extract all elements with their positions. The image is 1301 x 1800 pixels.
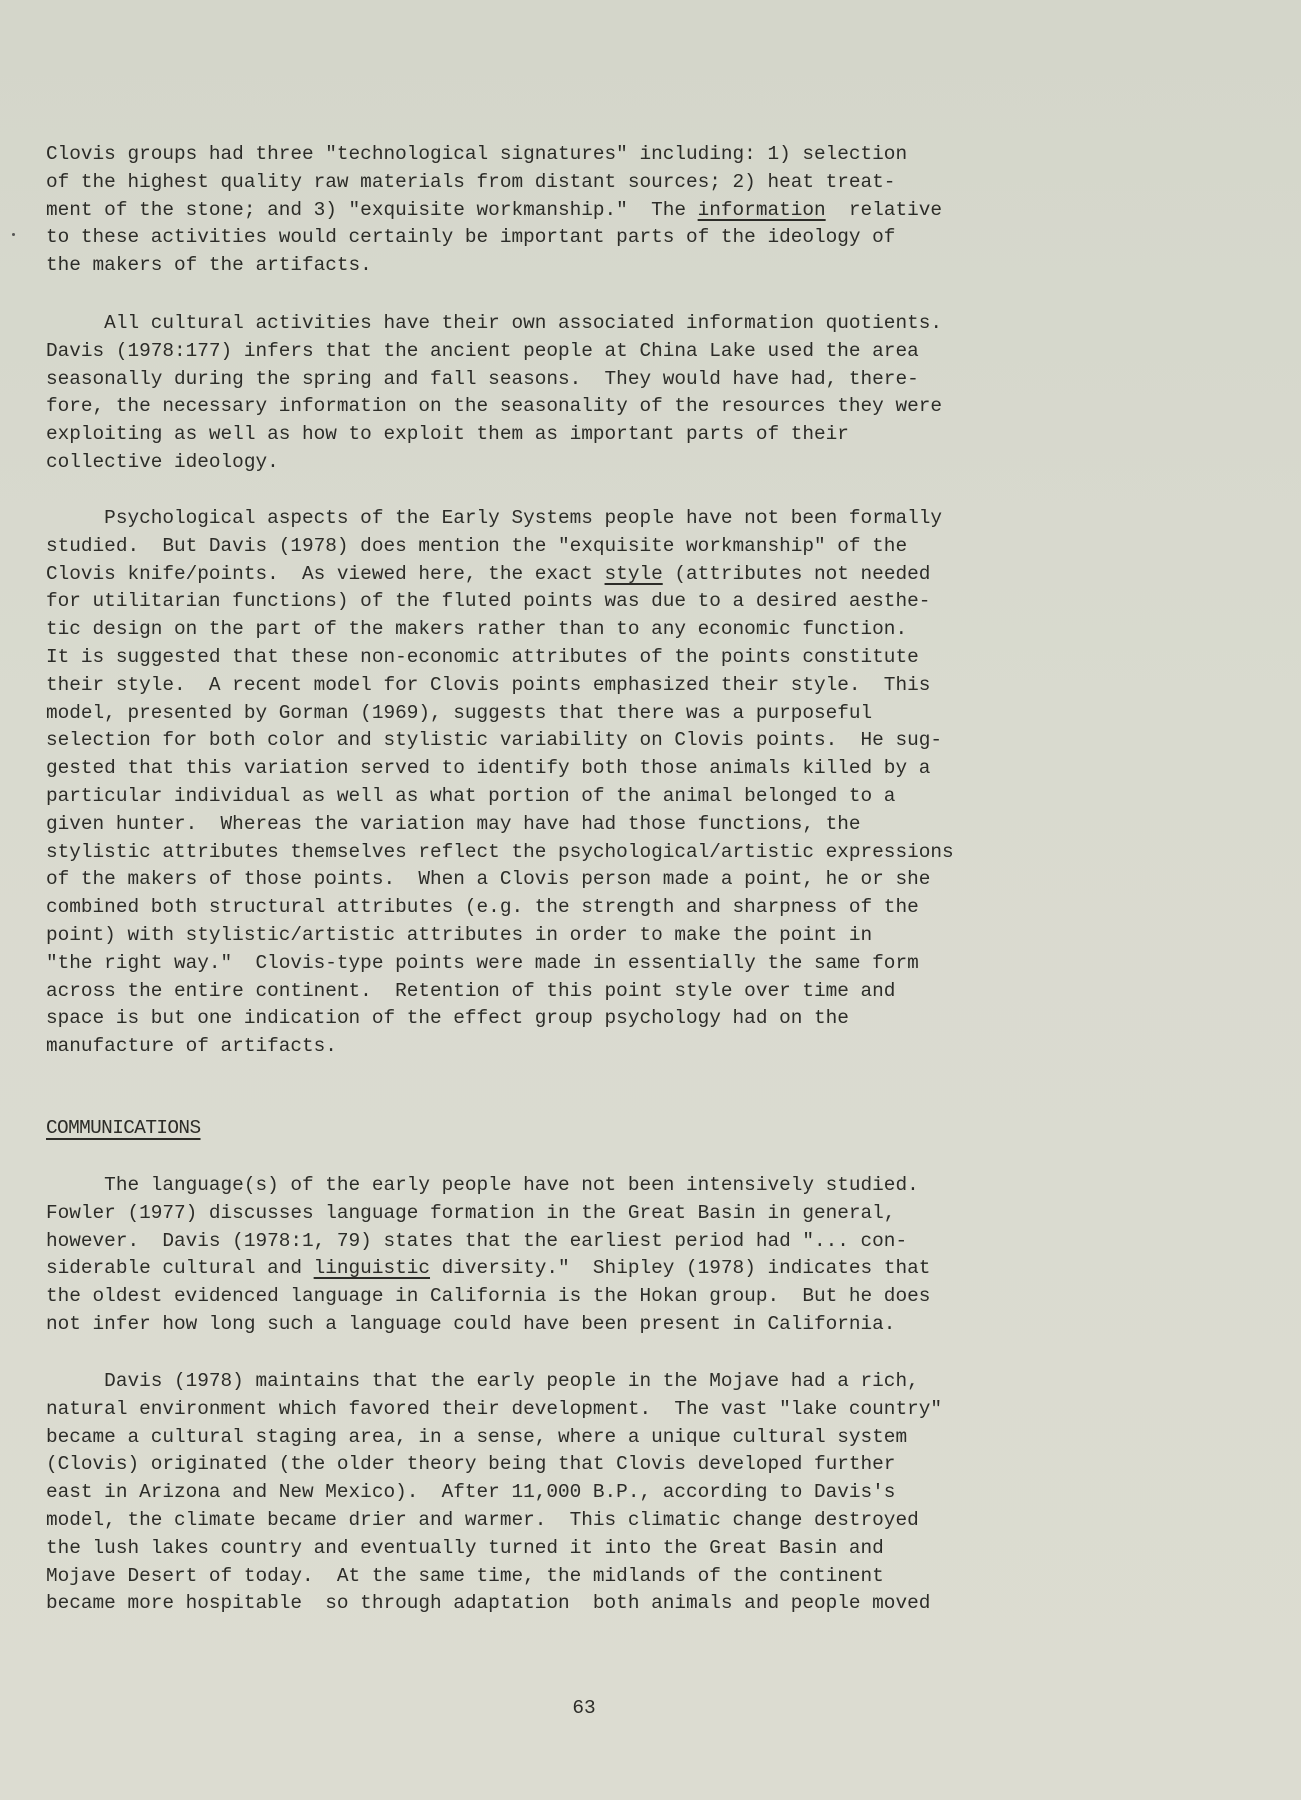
text-line: to these activities would certainly be i… bbox=[46, 224, 942, 252]
text-line: particular individual as well as what po… bbox=[46, 783, 954, 811]
text-line: the lush lakes country and eventually tu… bbox=[46, 1535, 942, 1563]
text-segment: of the highest quality raw materials fro… bbox=[46, 171, 895, 193]
text-segment: space is but one indication of the effec… bbox=[46, 1007, 849, 1029]
text-line: Fowler (1977) discusses language formati… bbox=[46, 1200, 930, 1228]
text-segment: stylistic attributes themselves reflect … bbox=[46, 841, 954, 863]
text-segment: east in Arizona and New Mexico). After 1… bbox=[46, 1481, 895, 1503]
text-line: collective ideology. bbox=[46, 449, 942, 477]
text-segment: given hunter. Whereas the variation may … bbox=[46, 813, 861, 835]
text-line: given hunter. Whereas the variation may … bbox=[46, 811, 954, 839]
text-segment: Davis (1978:177) infers that the ancient… bbox=[46, 340, 919, 362]
paragraph-language: The language(s) of the early people have… bbox=[46, 1172, 930, 1339]
text-line: of the makers of those points. When a Cl… bbox=[46, 866, 954, 894]
text-segment: studied. But Davis (1978) does mention t… bbox=[46, 535, 907, 557]
text-line: not infer how long such a language could… bbox=[46, 1311, 930, 1339]
text-segment: "the right way." Clovis-type points were… bbox=[46, 952, 919, 974]
text-line: space is but one indication of the effec… bbox=[46, 1005, 954, 1033]
text-line: east in Arizona and New Mexico). After 1… bbox=[46, 1479, 942, 1507]
paragraph-psychological-aspects: Psychological aspects of the Early Syste… bbox=[46, 505, 954, 1061]
text-line: Clovis knife/points. As viewed here, the… bbox=[46, 561, 954, 589]
paragraph-technological-signatures: Clovis groups had three "technological s… bbox=[46, 141, 942, 280]
text-line: for utilitarian functions) of the fluted… bbox=[46, 588, 954, 616]
text-segment: not infer how long such a language could… bbox=[46, 1313, 895, 1335]
text-line: model, presented by Gorman (1969), sugge… bbox=[46, 700, 954, 728]
text-segment: Clovis knife/points. As viewed here, the… bbox=[46, 563, 605, 585]
text-segment: particular individual as well as what po… bbox=[46, 785, 895, 807]
text-line: siderable cultural and linguistic divers… bbox=[46, 1255, 930, 1283]
text-line: exploiting as well as how to exploit the… bbox=[46, 421, 942, 449]
text-segment: The language(s) of the early people have… bbox=[46, 1174, 919, 1196]
text-line: The language(s) of the early people have… bbox=[46, 1172, 930, 1200]
text-segment: gested that this variation served to ide… bbox=[46, 757, 930, 779]
text-segment: point) with stylistic/artistic attribute… bbox=[46, 924, 872, 946]
text-segment: became more hospitable so through adapta… bbox=[46, 1592, 930, 1614]
text-segment: fore, the necessary information on the s… bbox=[46, 395, 942, 417]
text-line: Psychological aspects of the Early Syste… bbox=[46, 505, 954, 533]
margin-mark bbox=[12, 233, 15, 236]
text-line: the oldest evidenced language in Califor… bbox=[46, 1283, 930, 1311]
text-line: natural environment which favored their … bbox=[46, 1396, 942, 1424]
text-segment: tic design on the part of the makers rat… bbox=[46, 618, 907, 640]
text-segment: model, presented by Gorman (1969), sugge… bbox=[46, 702, 872, 724]
text-segment: collective ideology. bbox=[46, 451, 279, 473]
text-segment: All cultural activities have their own a… bbox=[46, 312, 942, 334]
document-page: Clovis groups had three "technological s… bbox=[0, 0, 1301, 1800]
text-line: point) with stylistic/artistic attribute… bbox=[46, 922, 954, 950]
text-segment: Clovis groups had three "technological s… bbox=[46, 143, 907, 165]
text-segment: model, the climate became drier and warm… bbox=[46, 1509, 919, 1531]
text-segment: diversity." Shipley (1978) indicates tha… bbox=[430, 1257, 930, 1279]
text-segment: Psychological aspects of the Early Syste… bbox=[46, 507, 942, 529]
text-segment: their style. A recent model for Clovis p… bbox=[46, 674, 930, 696]
text-line: studied. But Davis (1978) does mention t… bbox=[46, 533, 954, 561]
text-line: fore, the necessary information on the s… bbox=[46, 393, 942, 421]
paragraph-information-quotients: All cultural activities have their own a… bbox=[46, 310, 942, 477]
text-segment: exploiting as well as how to exploit the… bbox=[46, 423, 849, 445]
text-line: Davis (1978) maintains that the early pe… bbox=[46, 1368, 942, 1396]
text-segment: across the entire continent. Retention o… bbox=[46, 980, 895, 1002]
page-number: 63 bbox=[0, 1697, 1168, 1719]
text-line: became a cultural staging area, in a sen… bbox=[46, 1424, 942, 1452]
text-segment: selection for both color and stylistic v… bbox=[46, 729, 942, 751]
text-line: selection for both color and stylistic v… bbox=[46, 727, 954, 755]
text-segment: became a cultural staging area, in a sen… bbox=[46, 1426, 907, 1448]
text-segment: the lush lakes country and eventually tu… bbox=[46, 1537, 884, 1559]
text-segment: Mojave Desert of today. At the same time… bbox=[46, 1565, 884, 1587]
underlined-term: linguistic bbox=[314, 1257, 430, 1279]
text-line: manufacture of artifacts. bbox=[46, 1033, 954, 1061]
text-segment: Davis (1978) maintains that the early pe… bbox=[46, 1370, 919, 1392]
text-line: ment of the stone; and 3) "exquisite wor… bbox=[46, 197, 942, 225]
text-line: however. Davis (1978:1, 79) states that … bbox=[46, 1228, 930, 1256]
text-segment: siderable cultural and bbox=[46, 1257, 314, 1279]
text-line: All cultural activities have their own a… bbox=[46, 310, 942, 338]
text-line: of the highest quality raw materials fro… bbox=[46, 169, 942, 197]
text-segment: the makers of the artifacts. bbox=[46, 254, 372, 276]
text-segment: (Clovis) originated (the older theory be… bbox=[46, 1453, 895, 1475]
text-line: model, the climate became drier and warm… bbox=[46, 1507, 942, 1535]
text-segment: of the makers of those points. When a Cl… bbox=[46, 868, 930, 890]
text-segment: seasonally during the spring and fall se… bbox=[46, 368, 919, 390]
text-line: combined both structural attributes (e.g… bbox=[46, 894, 954, 922]
text-line: Mojave Desert of today. At the same time… bbox=[46, 1563, 942, 1591]
text-segment: Fowler (1977) discusses language formati… bbox=[46, 1202, 895, 1224]
text-segment: ment of the stone; and 3) "exquisite wor… bbox=[46, 199, 698, 221]
text-segment: combined both structural attributes (e.g… bbox=[46, 896, 919, 918]
text-line: tic design on the part of the makers rat… bbox=[46, 616, 954, 644]
text-line: became more hospitable so through adapta… bbox=[46, 1590, 942, 1618]
text-segment: for utilitarian functions) of the fluted… bbox=[46, 590, 930, 612]
text-segment: It is suggested that these non-economic … bbox=[46, 646, 919, 668]
text-line: "the right way." Clovis-type points were… bbox=[46, 950, 954, 978]
text-segment: the oldest evidenced language in Califor… bbox=[46, 1285, 930, 1307]
paragraph-mojave-environment: Davis (1978) maintains that the early pe… bbox=[46, 1368, 942, 1618]
text-segment: however. Davis (1978:1, 79) states that … bbox=[46, 1230, 907, 1252]
text-line: seasonally during the spring and fall se… bbox=[46, 366, 942, 394]
text-segment: to these activities would certainly be i… bbox=[46, 226, 895, 248]
text-line: across the entire continent. Retention o… bbox=[46, 978, 954, 1006]
text-line: Davis (1978:177) infers that the ancient… bbox=[46, 338, 942, 366]
text-line: Clovis groups had three "technological s… bbox=[46, 141, 942, 169]
underlined-term: information bbox=[698, 199, 826, 221]
text-segment: manufacture of artifacts. bbox=[46, 1035, 337, 1057]
text-line: the makers of the artifacts. bbox=[46, 252, 942, 280]
underlined-term: style bbox=[605, 563, 663, 585]
text-segment: relative bbox=[826, 199, 942, 221]
text-segment: (attributes not needed bbox=[663, 563, 931, 585]
text-segment: natural environment which favored their … bbox=[46, 1398, 942, 1420]
text-line: (Clovis) originated (the older theory be… bbox=[46, 1451, 942, 1479]
section-heading-communications: COMMUNICATIONS bbox=[46, 1115, 201, 1143]
text-line: their style. A recent model for Clovis p… bbox=[46, 672, 954, 700]
text-line: stylistic attributes themselves reflect … bbox=[46, 839, 954, 867]
text-line: It is suggested that these non-economic … bbox=[46, 644, 954, 672]
text-line: gested that this variation served to ide… bbox=[46, 755, 954, 783]
